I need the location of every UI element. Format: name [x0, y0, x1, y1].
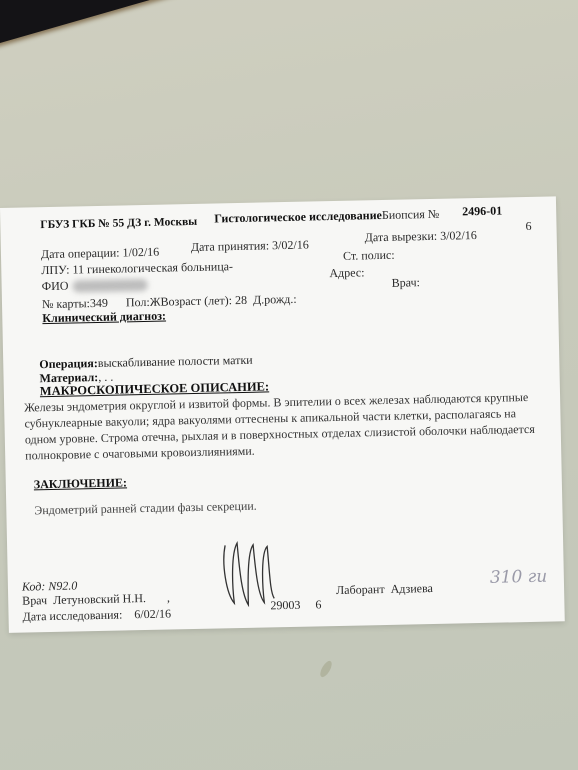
- code-label: Код:: [22, 579, 46, 593]
- doctor-label-top: Врач:: [392, 275, 421, 291]
- operation-line: Операция:выскабливание полости матки: [39, 353, 253, 372]
- stamp-suffix: 6: [315, 597, 321, 611]
- histology-report-paper: ГБУЗ ГКБ № 55 ДЗ г. Москвы Гистологическ…: [0, 196, 565, 633]
- lpu-label: ЛПУ:: [41, 263, 69, 278]
- card-label: № карты:: [42, 296, 90, 311]
- insurance-label: Ст. полис:: [343, 248, 395, 264]
- received-date-label: Дата принятия:: [191, 238, 270, 254]
- doctor-label: Врач: [22, 593, 47, 608]
- card-value: 349: [90, 296, 108, 310]
- cutting-date-label: Дата вырезки:: [365, 229, 438, 245]
- institution-name: ГБУЗ ГКБ № 55 ДЗ г. Москвы: [40, 216, 197, 231]
- address-label: Адрес:: [329, 265, 364, 281]
- received-date-value: 3/02/16: [272, 238, 309, 253]
- doctor-name: Летуновский Н.Н.: [53, 591, 146, 607]
- doctor-comma: ,: [167, 591, 170, 605]
- age-label: Возраст (лет):: [160, 293, 232, 308]
- biopsy-number: 2496-01: [462, 203, 502, 219]
- doctor-line: Врач Летуновский Н.Н. ,: [22, 591, 170, 609]
- received-date: Дата принятия: 3/02/16: [191, 238, 309, 255]
- page-mark: 6: [525, 219, 531, 234]
- conclusion-text: Эндометрий ранней стадии фазы секреции.: [34, 499, 257, 519]
- table-stain: [318, 659, 334, 679]
- conclusion-heading: ЗАКЛЮЧЕНИЕ:: [34, 475, 127, 492]
- operation-value: выскабливание полости матки: [98, 353, 253, 370]
- cutting-date-value: 3/02/16: [440, 228, 477, 243]
- lab-name: Адзиева: [390, 581, 433, 596]
- study-date-line: Дата исследования: 6/02/16: [22, 607, 171, 625]
- stamp-block: 29003 6: [270, 597, 321, 613]
- biopsy-label: Биопсия №: [382, 207, 440, 222]
- dob-label: Д.рожд.:: [253, 292, 297, 307]
- stamp-number: 29003: [270, 598, 300, 613]
- age-value: 28: [235, 293, 247, 307]
- redacted-name: [72, 279, 147, 293]
- lab-line: Лаборант Адзиева: [336, 581, 433, 598]
- operation-date-label: Дата операции:: [41, 246, 120, 262]
- sex-label: Пол:: [126, 295, 150, 309]
- operation-date: Дата операции: 1/02/16: [41, 245, 160, 262]
- cutting-date: Дата вырезки: 3/02/16: [365, 228, 477, 245]
- fio: ФИО: [41, 277, 147, 294]
- fio-label: ФИО: [41, 279, 68, 294]
- lab-label: Лаборант: [336, 582, 385, 597]
- patient-info-row: № карты:349 Пол:ЖВозраст (лет): 28 Д.рож…: [42, 292, 297, 312]
- report-title: Гистологическое исследование: [214, 208, 382, 226]
- signature-scribble: [217, 532, 279, 613]
- study-date-label: Дата исследования:: [22, 608, 122, 624]
- report-title-block: Гистологическое исследованиеБиопсия №: [214, 207, 439, 227]
- operation-date-value: 1/02/16: [122, 245, 159, 260]
- study-date-value: 6/02/16: [134, 607, 171, 622]
- operation-label: Операция:: [39, 356, 98, 371]
- dark-device-edge: [0, 0, 279, 46]
- sex-value: Ж: [150, 295, 161, 309]
- lpu: ЛПУ: 11 гинекологическая больница-: [41, 259, 233, 278]
- macro-description: Железы эндометрия округлой и извитой фор…: [24, 388, 555, 463]
- code-value: N92.0: [48, 578, 77, 593]
- clinical-diagnosis-heading: Клинический диагноз:: [42, 309, 166, 327]
- handwritten-note: 310 ги: [490, 567, 548, 588]
- lpu-value: 11 гинекологическая больница-: [72, 259, 233, 276]
